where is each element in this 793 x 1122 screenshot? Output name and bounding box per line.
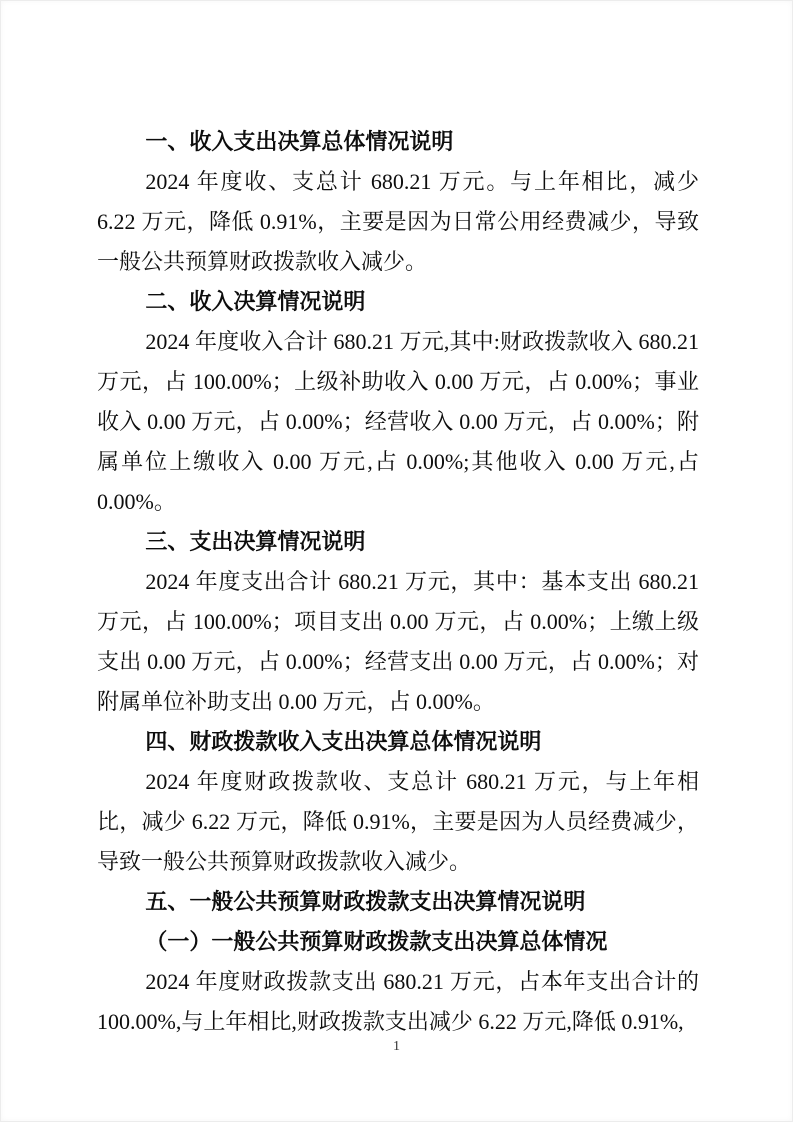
page-number: 1: [1, 1037, 792, 1057]
section-3-paragraph: 2024 年度支出合计 680.21 万元，其中：基本支出 680.21 万元，…: [97, 562, 699, 722]
section-5-paragraph: 2024 年度财政拨款支出 680.21 万元，占本年支出合计的 100.00%…: [97, 962, 699, 1042]
section-5-subheading: （一）一般公共预算财政拨款支出决算总体情况: [97, 922, 699, 962]
section-1-heading: 一、收入支出决算总体情况说明: [97, 122, 699, 162]
section-2-paragraph: 2024 年度收入合计 680.21 万元,其中:财政拨款收入 680.21 万…: [97, 322, 699, 522]
section-4-heading: 四、财政拨款收入支出决算总体情况说明: [97, 722, 699, 762]
section-2-heading: 二、收入决算情况说明: [97, 282, 699, 322]
section-4-paragraph: 2024 年度财政拨款收、支总计 680.21 万元，与上年相比，减少 6.22…: [97, 762, 699, 882]
section-3-heading: 三、支出决算情况说明: [97, 522, 699, 562]
section-5-heading: 五、一般公共预算财政拨款支出决算情况说明: [97, 882, 699, 922]
section-1-paragraph: 2024 年度收、支总计 680.21 万元。与上年相比，减少 6.22 万元，…: [97, 162, 699, 282]
document-body: 一、收入支出决算总体情况说明 2024 年度收、支总计 680.21 万元。与上…: [97, 122, 699, 1042]
document-page: 一、收入支出决算总体情况说明 2024 年度收、支总计 680.21 万元。与上…: [0, 0, 793, 1122]
